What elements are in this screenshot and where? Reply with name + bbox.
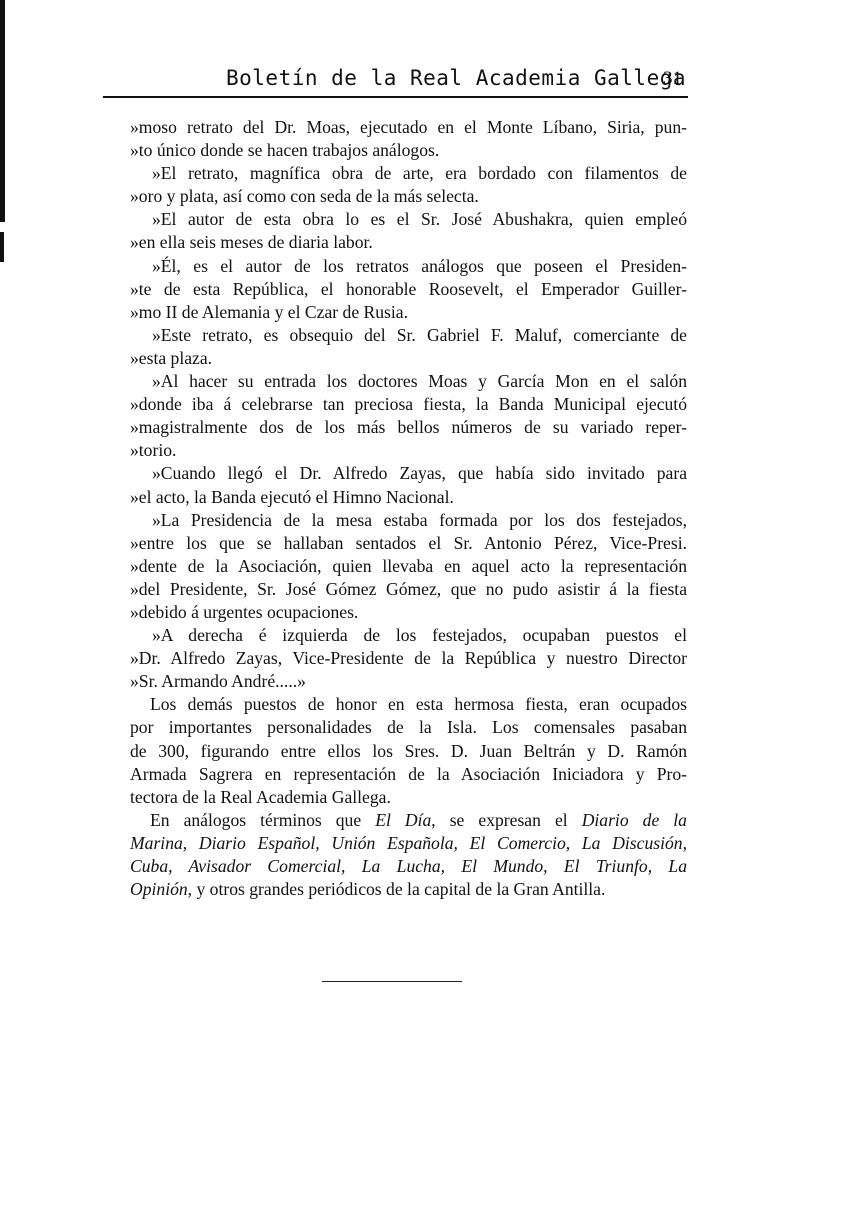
- newspaper-title: Opinión: [130, 879, 188, 899]
- running-title: Boletín de la Real Academia Gallega: [226, 66, 686, 90]
- newspaper-title: El Día: [375, 810, 431, 830]
- scan-edge-bar: [0, 0, 5, 222]
- newspaper-titles: Cuba, Avisador Comercial, La Lucha, El M…: [130, 856, 687, 876]
- running-head: Boletín de la Real Academia Gallega 31: [200, 66, 690, 96]
- text-line: tectora de la Real Academia Gallega.: [130, 786, 687, 809]
- text-line: »esta plaza.: [130, 347, 687, 370]
- text-line: »Dr. Alfredo Zayas, Vice-Presidente de l…: [130, 647, 687, 670]
- text-line: »Al hacer su entrada los doctores Moas y…: [130, 370, 687, 393]
- text-line: »debido á urgentes ocupaciones.: [130, 601, 687, 624]
- final-paragraph-line-1: En análogos términos que El Día, se expr…: [130, 809, 687, 832]
- text-line: »torio.: [130, 439, 687, 462]
- final-paragraph-line-4: Opinión, y otros grandes periódicos de l…: [130, 878, 687, 901]
- text-line: »A derecha é izquierda de los festejados…: [130, 624, 687, 647]
- text-line: »Cuando llegó el Dr. Alfredo Zayas, que …: [130, 462, 687, 485]
- text-line: »El retrato, magnífica obra de arte, era…: [130, 162, 687, 185]
- article-body: »moso retrato del Dr. Moas, ejecutado en…: [130, 116, 687, 901]
- text-run: En análogos términos que: [150, 810, 375, 830]
- text-line: »Sr. Armando André.....»: [130, 670, 687, 693]
- text-line: »moso retrato del Dr. Moas, ejecutado en…: [130, 116, 687, 139]
- text-line: Armada Sagrera en representación de la A…: [130, 763, 687, 786]
- text-line: »La Presidencia de la mesa estaba formad…: [130, 509, 687, 532]
- text-line: »Él, es el autor de los retratos análogo…: [130, 255, 687, 278]
- text-line: por importantes personalidades de la Isl…: [130, 716, 687, 739]
- text-line: »en ella seis meses de diaria labor.: [130, 231, 687, 254]
- final-paragraph-line-2: Marina, Diario Español, Unión Española, …: [130, 832, 687, 855]
- end-rule: [322, 981, 462, 982]
- text-line: »mo II de Alemania y el Czar de Rusia.: [130, 301, 687, 324]
- text-line: »Este retrato, es obsequio del Sr. Gabri…: [130, 324, 687, 347]
- newspaper-title: Diario de la: [582, 810, 687, 830]
- scan-edge-bar-lower: [0, 232, 4, 262]
- text-line: »del Presidente, Sr. José Gómez Gómez, q…: [130, 578, 687, 601]
- text-line: »oro y plata, así como con seda de la má…: [130, 185, 687, 208]
- text-line: »donde iba á celebrarse tan preciosa fie…: [130, 393, 687, 416]
- text-line: »El autor de esta obra lo es el Sr. José…: [130, 208, 687, 231]
- text-line: de 300, figurando entre ellos los Sres. …: [130, 740, 687, 763]
- text-line: »te de esta República, el honorable Roos…: [130, 278, 687, 301]
- text-line: »el acto, la Banda ejecutó el Himno Naci…: [130, 486, 687, 509]
- header-rule: [103, 96, 688, 98]
- final-paragraph-line-3: Cuba, Avisador Comercial, La Lucha, El M…: [130, 855, 687, 878]
- text-run: , y otros grandes periódicos de la capit…: [188, 879, 606, 899]
- page-number: 31: [663, 68, 682, 90]
- text-line: »to único donde se hacen trabajos análog…: [130, 139, 687, 162]
- text-line: »entre los que se hallaban sentados el S…: [130, 532, 687, 555]
- body-lines: »moso retrato del Dr. Moas, ejecutado en…: [130, 116, 687, 809]
- text-line: »magistralmente dos de los más bellos nú…: [130, 416, 687, 439]
- text-run: , se expresan el: [431, 810, 581, 830]
- text-line: »dente de la Asociación, quien llevaba e…: [130, 555, 687, 578]
- newspaper-titles: Marina, Diario Español, Unión Española, …: [130, 833, 687, 853]
- text-line: Los demás puestos de honor en esta hermo…: [130, 693, 687, 716]
